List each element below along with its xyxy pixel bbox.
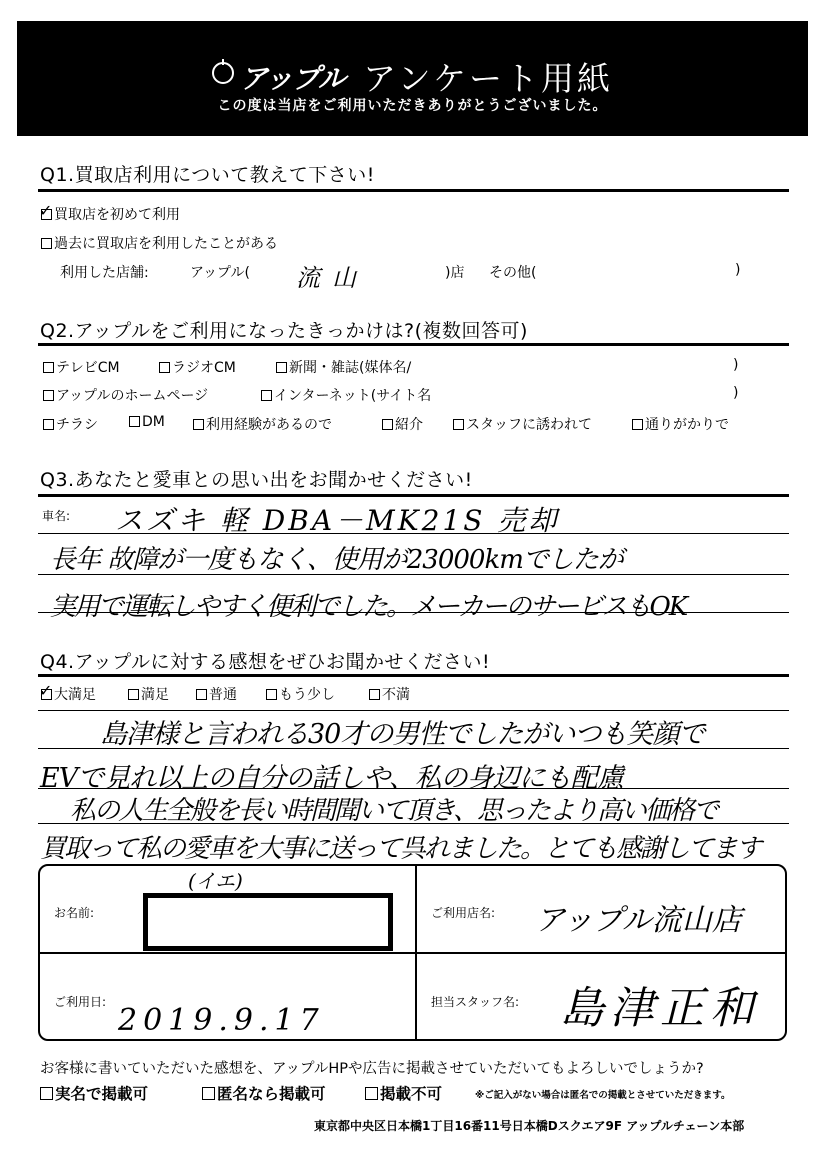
option-label: 不満 bbox=[382, 687, 410, 703]
q4-divider bbox=[38, 674, 789, 677]
q2-heading: Q2.アップルをご利用になったきっかけは?(複数回答可) bbox=[40, 316, 528, 343]
checkbox[interactable] bbox=[40, 1087, 53, 1100]
q1-heading: Q1.買取店利用について教えて下さい! bbox=[40, 160, 375, 187]
checkbox[interactable] bbox=[43, 390, 54, 401]
q4-option-satisfied[interactable]: 満足 bbox=[128, 684, 169, 704]
company-address: 東京都中央区日本橋1丁目16番11号日本橋Dスクエア9F アップルチェーン本部 bbox=[314, 1117, 744, 1134]
option-label: 利用経験があるので bbox=[206, 417, 332, 433]
q1-option-first-time[interactable]: 買取店を初めて利用 bbox=[41, 204, 180, 224]
q4-feedback-line-4[interactable]: 買取って私の愛車を大事に送って呉れました。とても感謝してます bbox=[40, 828, 760, 865]
store-name-label: ご利用店名: bbox=[431, 904, 495, 921]
q1-store-label: 利用した店舗: bbox=[60, 262, 149, 282]
ruled-line bbox=[38, 748, 789, 749]
publish-note: ※ご記入がない場合は匿名での掲載とさせていただきます。 bbox=[475, 1087, 730, 1101]
checkbox[interactable] bbox=[266, 689, 277, 700]
q3-heading: Q3.あなたと愛車との思い出をお聞かせください! bbox=[40, 465, 473, 492]
checkbox-checked[interactable] bbox=[41, 209, 52, 220]
info-box-divider bbox=[415, 864, 417, 1041]
option-label: インターネット(サイト名 bbox=[274, 388, 431, 404]
option-label: 普通 bbox=[209, 687, 237, 703]
name-label: お名前: bbox=[54, 904, 94, 921]
q4-feedback-line-1[interactable]: 島津様と言われる30才の男性でしたがいつも笑顔で bbox=[100, 712, 704, 751]
store-name-value[interactable]: アップル流山店 bbox=[535, 895, 742, 939]
q4-option-not-quite[interactable]: もう少し bbox=[266, 684, 335, 704]
ruled-line bbox=[38, 612, 789, 613]
q1-other-suffix: ) bbox=[735, 262, 740, 278]
q2-option-passing[interactable]: 通りがかりで bbox=[632, 414, 729, 434]
checkbox[interactable] bbox=[453, 419, 464, 430]
ruled-line bbox=[38, 574, 789, 575]
checkbox-checked[interactable] bbox=[41, 689, 52, 700]
q2-option-internet[interactable]: インターネット(サイト名 bbox=[261, 385, 431, 405]
page-subtitle: この度は当店をご利用いただきありがとうございました。 bbox=[17, 95, 808, 115]
option-label: 過去に買取店を利用したことがある bbox=[54, 236, 278, 252]
q3-memory-line-1[interactable]: 長年 故障が一度もなく、使用が23000kmでしたが bbox=[50, 539, 623, 576]
q3-memory-line-2[interactable]: 実用で運転しやすく便利でした。メーカーのサービスもOK bbox=[50, 586, 686, 623]
checkbox[interactable] bbox=[196, 689, 207, 700]
option-label: DM bbox=[142, 414, 165, 430]
q3-divider bbox=[38, 494, 789, 497]
option-label: テレビCM bbox=[56, 360, 120, 376]
checkbox[interactable] bbox=[193, 419, 204, 430]
name-field[interactable] bbox=[143, 893, 393, 951]
option-label: チラシ bbox=[56, 417, 98, 433]
checkbox[interactable] bbox=[41, 238, 52, 249]
checkbox[interactable] bbox=[382, 419, 393, 430]
apple-logo-icon bbox=[212, 62, 234, 84]
q2-option-experience[interactable]: 利用経験があるので bbox=[193, 414, 332, 434]
option-label: 紹介 bbox=[395, 417, 423, 433]
q2-option-radio[interactable]: ラジオCM bbox=[159, 357, 236, 377]
q2-option-flyer[interactable]: チラシ bbox=[43, 414, 98, 434]
ruled-line bbox=[38, 710, 789, 711]
q2-option-referral[interactable]: 紹介 bbox=[382, 414, 423, 434]
option-label: もう少し bbox=[279, 687, 335, 703]
q4-heading: Q4.アップルに対する感想をぜひお聞かせください! bbox=[40, 647, 490, 674]
option-label: ラジオCM bbox=[172, 360, 236, 376]
option-label: アップルのホームページ bbox=[56, 388, 208, 404]
option-label: スタッフに誘われて bbox=[466, 417, 592, 433]
checkbox[interactable] bbox=[365, 1087, 378, 1100]
checkbox[interactable] bbox=[276, 362, 287, 373]
checkbox[interactable] bbox=[128, 689, 139, 700]
publish-option-decline[interactable]: 掲載不可 bbox=[365, 1082, 442, 1104]
ruled-line bbox=[38, 788, 789, 789]
q1-apple-store-value[interactable]: 流山 bbox=[296, 258, 368, 293]
option-label: 通りがかりで bbox=[645, 417, 729, 433]
ruled-line bbox=[38, 533, 789, 534]
staff-name-value[interactable]: 島津正和 bbox=[560, 972, 760, 1036]
q2-option-newspaper[interactable]: 新聞・雑誌(媒体名/ bbox=[276, 357, 411, 377]
checkbox[interactable] bbox=[159, 362, 170, 373]
q1-divider bbox=[38, 189, 789, 192]
q3-car-label: 車名: bbox=[42, 507, 70, 524]
q2-newspaper-close: ) bbox=[733, 357, 738, 373]
name-furigana[interactable]: (イエ) bbox=[188, 865, 243, 894]
page-title: アンケート用紙 bbox=[363, 59, 613, 98]
q2-option-tv[interactable]: テレビCM bbox=[43, 357, 120, 377]
checkbox[interactable] bbox=[632, 419, 643, 430]
q4-option-very-satisfied[interactable]: 大満足 bbox=[41, 684, 96, 704]
ruled-line bbox=[38, 823, 789, 824]
option-label: 満足 bbox=[141, 687, 169, 703]
info-box-divider bbox=[38, 952, 787, 954]
q2-option-dm[interactable]: DM bbox=[129, 414, 165, 430]
publish-consent-question: お客様に書いていただいた感想を、アップルHPや広告に掲載させていただいてもよろし… bbox=[40, 1057, 704, 1078]
option-label: 匿名なら掲載可 bbox=[217, 1085, 326, 1103]
date-label: ご利用日: bbox=[54, 993, 106, 1010]
q1-other-prefix: その他( bbox=[489, 262, 536, 282]
option-label: 掲載不可 bbox=[380, 1085, 442, 1103]
option-label: 実名で掲載可 bbox=[55, 1085, 148, 1103]
checkbox[interactable] bbox=[261, 390, 272, 401]
staff-name-label: 担当スタッフ名: bbox=[431, 993, 519, 1010]
publish-option-real-name[interactable]: 実名で掲載可 bbox=[40, 1082, 148, 1104]
brand-logo: アップル bbox=[240, 62, 345, 95]
q4-option-normal[interactable]: 普通 bbox=[196, 684, 237, 704]
publish-option-anonymous[interactable]: 匿名なら掲載可 bbox=[202, 1082, 326, 1104]
checkbox[interactable] bbox=[129, 416, 140, 427]
q2-divider bbox=[38, 343, 789, 346]
checkbox[interactable] bbox=[202, 1087, 215, 1100]
q1-option-used-before[interactable]: 過去に買取店を利用したことがある bbox=[41, 233, 278, 253]
checkbox[interactable] bbox=[369, 689, 380, 700]
checkbox[interactable] bbox=[43, 362, 54, 373]
option-label: 買取店を初めて利用 bbox=[54, 207, 180, 223]
survey-header: アップルアンケート用紙 この度は当店をご利用いただきありがとうございました。 bbox=[17, 21, 808, 136]
date-value[interactable]: 2019.9.17 bbox=[118, 1003, 325, 1038]
q2-internet-close: ) bbox=[733, 385, 738, 401]
q4-option-dissatisfied[interactable]: 不満 bbox=[369, 684, 410, 704]
q4-feedback-line-3[interactable]: 私の人生全般を長い時間聞いて頂き、思ったより高い価格で bbox=[70, 790, 717, 827]
checkbox[interactable] bbox=[43, 419, 54, 430]
q2-option-staff[interactable]: スタッフに誘われて bbox=[453, 414, 592, 434]
option-label: 新聞・雑誌(媒体名/ bbox=[289, 360, 411, 376]
q1-apple-suffix: )店 bbox=[445, 262, 464, 282]
q2-option-homepage[interactable]: アップルのホームページ bbox=[43, 385, 208, 405]
option-label: 大満足 bbox=[54, 687, 96, 703]
q1-apple-prefix: アップル( bbox=[190, 262, 250, 282]
